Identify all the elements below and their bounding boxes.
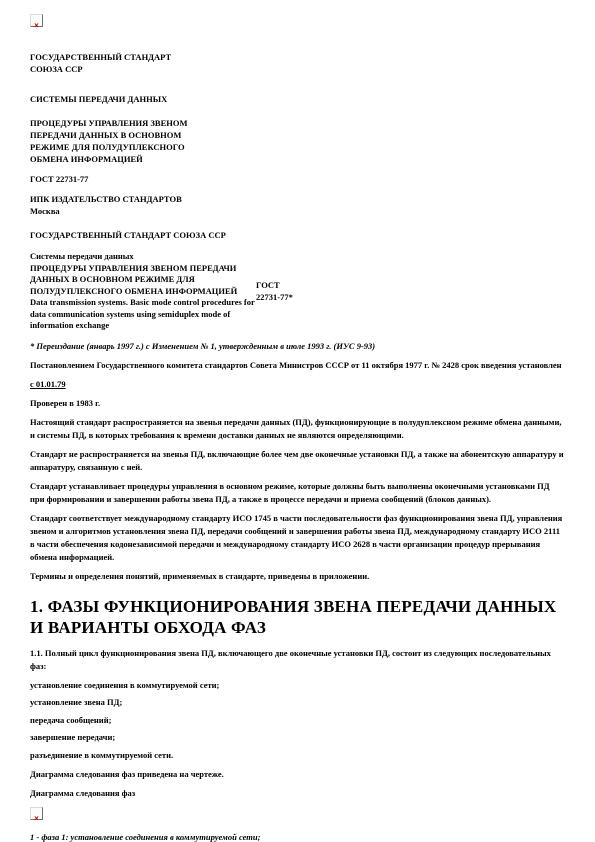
doc-number-line: 22731-77* <box>256 291 293 303</box>
diagram-reference: Диаграмма следования фаз приведена на че… <box>30 768 565 781</box>
title-block-doc-number: ГОСТ 22731-77* <box>256 279 293 332</box>
phase-item: установление соединения в коммутируемой … <box>30 679 565 692</box>
scope-paragraph: Стандарт не распространяется на звенья П… <box>30 448 565 474</box>
decree-paragraph: Постановлением Государственного комитета… <box>30 359 565 372</box>
figure-caption: Диаграмма следования фаз <box>30 787 565 800</box>
title-en: Data transmission systems. Basic mode co… <box>30 297 256 332</box>
broken-image-icon: × <box>30 14 43 27</box>
masthead-org: ГОСУДАРСТВЕННЫЙ СТАНДАРТ СОЮЗА ССР <box>30 51 565 75</box>
org-line: ГОСУДАРСТВЕННЫЙ СТАНДАРТ <box>30 51 565 63</box>
figure-note: 1 - фаза 1: установление соединения в ко… <box>30 831 565 842</box>
doc-number: ГОСТ 22731-77 <box>30 173 565 185</box>
red-x-glyph: × <box>34 814 39 823</box>
reissue-note: * Переиздание (январь 1997 г.) с Изменен… <box>30 340 565 353</box>
section-1-heading: 1. ФАЗЫ ФУНКЦИОНИРОВАНИЯ ЗВЕНА ПЕРЕДАЧИ … <box>30 596 565 638</box>
document-page: { "page": { "broken_image_glyph": "×" },… <box>0 0 595 842</box>
broken-image-placeholder-figure: × <box>30 807 565 825</box>
phase-item: передача сообщений; <box>30 714 565 727</box>
title-subject-ru: Системы передачи данных <box>30 251 256 263</box>
publisher-city: Москва <box>30 205 565 217</box>
title-line: ОБМЕНА ИНФОРМАЦИЕЙ <box>30 153 565 165</box>
broken-image-placeholder-top: × <box>30 14 565 32</box>
union-header: ГОСУДАРСТВЕННЫЙ СТАНДАРТ СОЮЗА ССР <box>30 229 565 241</box>
effective-date: с 01.01.79 <box>30 378 565 391</box>
doc-number-line: ГОСТ <box>256 279 293 291</box>
checked-note: Проверен в 1983 г. <box>30 397 565 410</box>
title-line: ПРОЦЕДУРЫ УПРАВЛЕНИЯ ЗВЕНОМ <box>30 117 565 129</box>
scope-paragraph: Стандарт соответствует международному ст… <box>30 512 565 564</box>
title-block: Системы передачи данных ПРОЦЕДУРЫ УПРАВЛ… <box>30 251 565 332</box>
phase-item: установление звена ПД; <box>30 696 565 709</box>
scope-paragraph: Стандарт устанавливает процедуры управле… <box>30 480 565 506</box>
broken-image-icon: × <box>30 807 43 820</box>
title-line: РЕЖИМЕ ДЛЯ ПОЛУДУПЛЕКСНОГО <box>30 141 565 153</box>
scope-paragraph: Настоящий стандарт распространяется на з… <box>30 416 565 442</box>
org-line: СОЮЗА ССР <box>30 63 565 75</box>
publisher: ИПК ИЗДАТЕЛЬСТВО СТАНДАРТОВ <box>30 193 565 205</box>
scope-paragraph: Термины и определения понятий, применяем… <box>30 570 565 583</box>
masthead-title: ПРОЦЕДУРЫ УПРАВЛЕНИЯ ЗВЕНОМ ПЕРЕДАЧИ ДАН… <box>30 117 565 165</box>
phase-item: завершение передачи; <box>30 731 565 744</box>
clause-1-1: 1.1. Полный цикл функционирования звена … <box>30 647 565 673</box>
publisher-block: ИПК ИЗДАТЕЛЬСТВО СТАНДАРТОВ Москва <box>30 193 565 217</box>
title-ru: ПРОЦЕДУРЫ УПРАВЛЕНИЯ ЗВЕНОМ ПЕРЕДАЧИ ДАН… <box>30 263 256 298</box>
title-block-left: Системы передачи данных ПРОЦЕДУРЫ УПРАВЛ… <box>30 251 256 332</box>
masthead-subject: СИСТЕМЫ ПЕРЕДАЧИ ДАННЫХ <box>30 93 565 105</box>
title-line: ПЕРЕДАЧИ ДАННЫХ В ОСНОВНОМ <box>30 129 565 141</box>
red-x-glyph: × <box>34 21 39 30</box>
phase-item: разъединение в коммутируемой сети. <box>30 749 565 762</box>
